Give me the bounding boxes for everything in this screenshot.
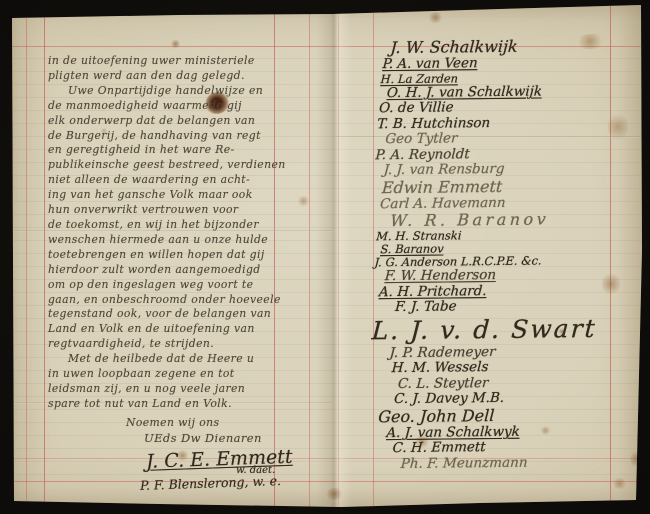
signature: Geo. John Dell [378,405,617,426]
signature: F. J. Tabe [395,298,616,316]
manuscript-line: in de uitoefening uwer ministeriele [48,54,308,69]
center-fold-crease [316,0,352,514]
signature: P. A. van Veen [382,55,613,73]
signature: Edwin Emmett [381,176,614,196]
manuscript-line: leidsman zij, en u nog veele jaren [48,382,308,397]
manuscript-line: hun onverwrikt vertrouwen voor [48,203,308,218]
manuscript-line: wenschen hiermede aan u onze hulde [48,233,308,248]
manuscript-line: en geregtigheid in het ware Re- [48,143,308,158]
manuscript-line: Met de heilbede dat de Heere u [48,352,308,367]
signature: Geo Tytler [385,130,614,148]
manuscript-line: de toekomst, en wij in het bijzonder [48,218,308,233]
red-margin-line [44,0,45,514]
signature: W. R. Baranov [390,210,615,230]
manuscript-line: pligten werd aan den dag gelegd. [48,69,308,84]
manuscript-line: niet alleen de waardering en acht- [48,173,308,188]
red-margin-line [26,0,27,514]
manuscript-line: elk onderwerp dat de belangen van [48,114,308,129]
manuscript-line: in uwen loopbaan zegene en tot [48,367,308,382]
left-page-text: in de uitoefening uwer ministerielepligt… [48,54,308,490]
manuscript-line: ing van het gansche Volk maar ook [48,188,308,203]
signature: O. de Villie [379,99,614,117]
stain [428,12,443,23]
right-page-signatures: J. W. SchalkwijkP. A. van VeenH. La Zard… [372,37,617,472]
manuscript-line: Land en Volk en de uitoefening van [48,322,308,337]
signature: P. F. Blenslerong, w. e. [140,472,308,493]
signature: F. W. Henderson [384,267,615,285]
manuscript-line: Uwe Onpartijdige handelwijze en [48,84,308,99]
manuscript-line: om op den ingeslagen weg voort te [48,278,308,293]
manuscript-line: publikeinsche geest bestreed, verdienen [48,158,308,173]
manuscript-line: de Burgerij, de handhaving van regt [48,129,308,144]
manuscript-line: de manmoedigheid waarmede gij [48,99,308,114]
red-margin-line [309,0,310,514]
signature: J. W. Schalkwijk [390,37,613,57]
manuscript-paper: in de uitoefening uwer ministerielepligt… [0,0,650,514]
signature: L. J. v. d. Swart [371,313,617,346]
manuscript-line: tegenstand ook, voor de belangen van [48,307,308,322]
signature: H. M. Wessels [391,359,616,377]
signature: Ph. F. Meunzmann [400,454,617,472]
manuscript-line: regtvaardigheid, te strijden. [48,337,308,352]
valediction-line: UEds Dw Dienaren [144,431,308,446]
photographed-manuscript: in de uitoefening uwer ministerielepligt… [0,0,650,514]
manuscript-line: hierdoor zult worden aangemoedigd [48,263,308,278]
manuscript-line: gaan, en onbeschroomd onder hoeveele [48,293,308,308]
valediction-line: Noemen wij ons [126,416,308,431]
manuscript-line: spare tot nut van Land en Volk. [48,397,308,412]
manuscript-line: toetebrengen en willen hopen dat gij [48,248,308,263]
signature: C. J. Davey M.B. [394,390,617,408]
